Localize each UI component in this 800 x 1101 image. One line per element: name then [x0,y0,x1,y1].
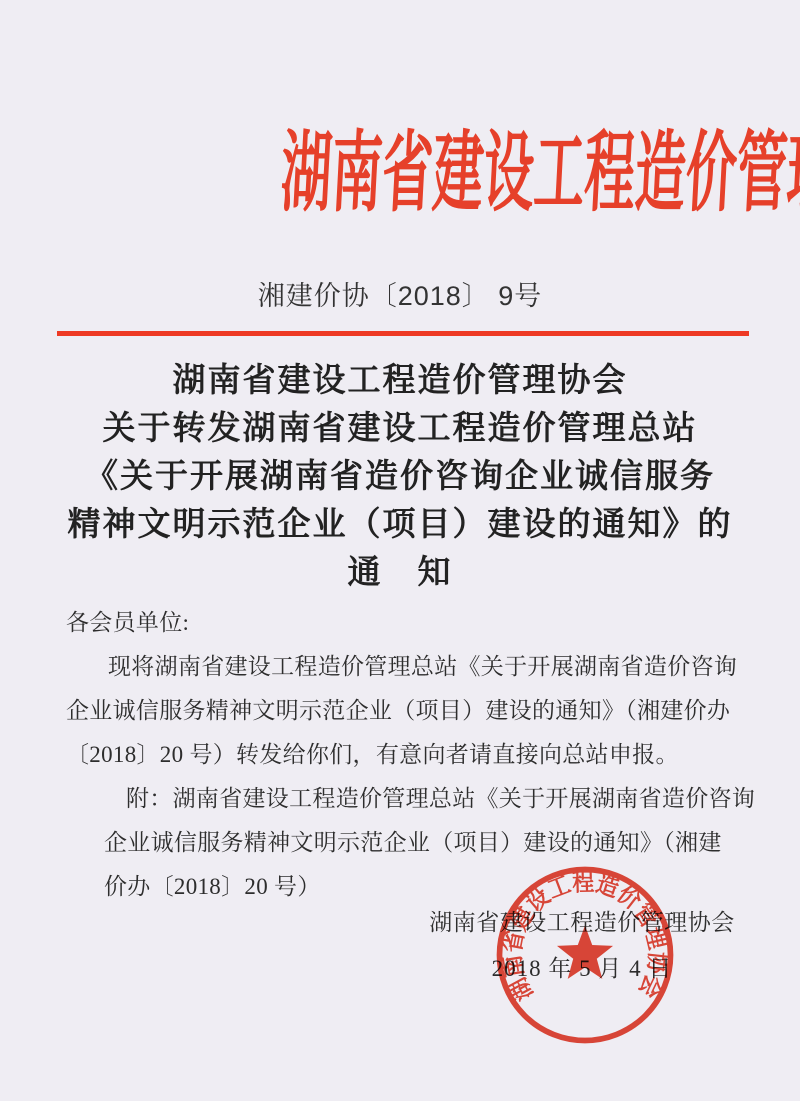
document-title-line: 关于转发湖南省建设工程造价管理总站 [0,405,800,453]
body-line: 现将湖南省建设工程造价管理总站《关于开展湖南省造价咨询 [66,645,756,689]
document-page: 湖南省建设工程造价管理协会文件 湘建价协〔2018〕 9号 湖南省建设工程造价管… [0,0,800,1101]
paragraph-1: 现将湖南省建设工程造价管理总站《关于开展湖南省造价咨询 企业诚信服务精神文明示范… [66,645,756,777]
attachment-line: 附：湖南省建设工程造价管理总站《关于开展湖南省造价咨询 [104,777,756,821]
document-title: 湖南省建设工程造价管理协会 关于转发湖南省建设工程造价管理总站 《关于开展湖南省… [0,357,800,597]
signature-date: 2018 年 5 月 4 日 [414,954,750,984]
document-title-line: 湖南省建设工程造价管理协会 [0,357,800,405]
red-divider-line [57,331,749,336]
document-body: 各会员单位: 现将湖南省建设工程造价管理总站《关于开展湖南省造价咨询 企业诚信服… [66,601,756,909]
letterhead-org-title: 湖南省建设工程造价管理协会文件 [278,126,800,225]
body-line: 企业诚信服务精神文明示范企业（项目）建设的通知》（湘建价办 [66,689,756,733]
signature-block: 湖南省建设工程造价管理协会 2018 年 5 月 4 日 [414,908,750,984]
document-title-line: 通 知 [0,549,800,597]
signature-org: 湖南省建设工程造价管理协会 [414,908,750,938]
document-number: 湘建价协〔2018〕 9号 [0,274,800,313]
salutation: 各会员单位: [66,601,756,645]
body-line: 〔2018〕20 号）转发给你们，有意向者请直接向总站申报。 [66,733,756,777]
letterhead: 湖南省建设工程造价管理协会文件 [0,126,800,225]
attachment-line: 企业诚信服务精神文明示范企业（项目）建设的通知》（湘建 [104,821,756,865]
document-title-line: 精神文明示范企业（项目）建设的通知》的 [0,501,800,549]
attachment-note: 附：湖南省建设工程造价管理总站《关于开展湖南省造价咨询 企业诚信服务精神文明示范… [104,777,756,909]
document-title-line: 《关于开展湖南省造价咨询企业诚信服务 [0,453,800,501]
attachment-line: 价办〔2018〕20 号） [104,865,756,909]
